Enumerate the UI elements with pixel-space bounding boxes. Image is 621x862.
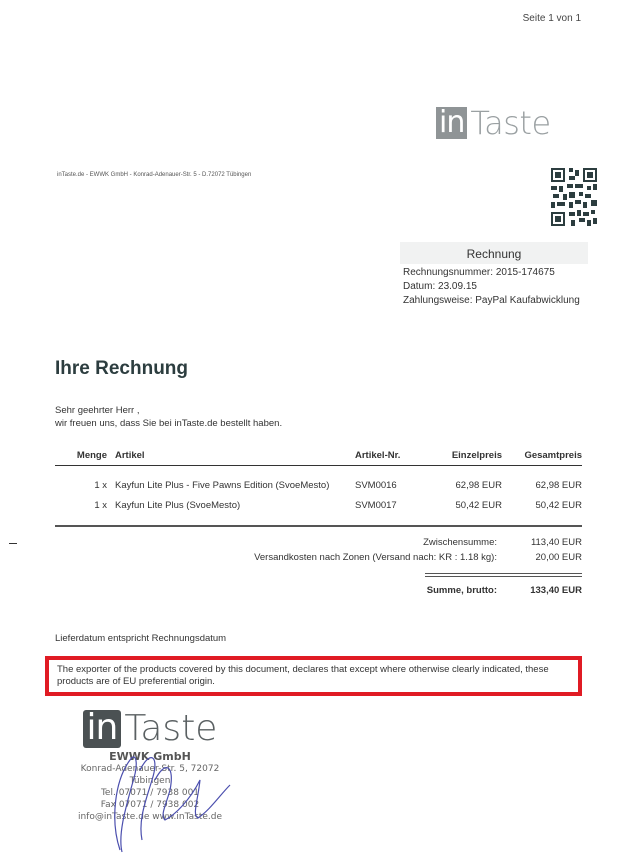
payment-method: Zahlungsweise: PayPal Kaufabwicklung [403, 294, 585, 308]
company-logo: in Taste [436, 107, 551, 139]
invoice-date: Datum: 23.09.15 [403, 280, 585, 294]
invoice-title: Rechnung [400, 242, 588, 264]
col-total-price: Gesamtpreis [502, 450, 582, 466]
row-total-price: 50,42 EUR [502, 494, 582, 514]
row-sku: SVM0017 [355, 494, 425, 514]
salutation: Sehr geehrter Herr , [55, 404, 282, 417]
logo-text: Taste [470, 107, 550, 139]
sum-value: 133,40 EUR [497, 583, 582, 598]
items-table: Menge Artikel Artikel-Nr. Einzelpreis Ge… [55, 450, 582, 514]
sum-row: Summe, brutto: 133,40 EUR [200, 583, 582, 598]
shipping-row: Versandkosten nach Zonen (Versand nach: … [200, 550, 582, 565]
row-item: Kayfun Lite Plus - Five Pawns Edition (S… [115, 466, 355, 495]
logo-box: in [436, 107, 467, 139]
table-bottom-rule [55, 525, 582, 527]
shipping-label: Versandkosten nach Zonen (Versand nach: … [254, 550, 497, 565]
row-qty: 1 x [55, 466, 115, 495]
table-row: 1 x Kayfun Lite Plus - Five Pawns Editio… [55, 466, 582, 495]
col-sku: Artikel-Nr. [355, 450, 425, 466]
greeting-message: wir freuen uns, dass Sie bei inTaste.de … [55, 417, 282, 430]
greeting: Sehr geehrter Herr , wir freuen uns, das… [55, 404, 282, 430]
subtotal-value: 113,40 EUR [497, 535, 582, 550]
origin-notice: The exporter of the products covered by … [45, 656, 582, 696]
row-qty: 1 x [55, 494, 115, 514]
subtotal-row: Zwischensumme: 113,40 EUR [200, 535, 582, 550]
row-unit-price: 50,42 EUR [425, 494, 502, 514]
sum-label: Summe, brutto: [427, 583, 497, 598]
col-item: Artikel [115, 450, 355, 466]
totals-block: Zwischensumme: 113,40 EUR Versandkosten … [200, 535, 582, 598]
shipping-value: 20,00 EUR [497, 550, 582, 565]
table-header-row: Menge Artikel Artikel-Nr. Einzelpreis Ge… [55, 450, 582, 466]
margin-mark [9, 543, 17, 544]
page-title: Ihre Rechnung [55, 358, 188, 380]
row-total-price: 62,98 EUR [502, 466, 582, 495]
page-indicator: Seite 1 von 1 [523, 13, 581, 24]
row-unit-price: 62,98 EUR [425, 466, 502, 495]
qr-code-icon [551, 168, 597, 226]
signature-icon [80, 740, 240, 860]
sender-address-line: inTaste.de - EWWK GmbH - Konrad-Adenauer… [57, 172, 251, 178]
table-row: 1 x Kayfun Lite Plus (SvoeMesto) SVM0017… [55, 494, 582, 514]
total-double-rule [425, 573, 582, 577]
invoice-number: Rechnungsnummer: 2015-174675 [403, 266, 585, 280]
row-item: Kayfun Lite Plus (SvoeMesto) [115, 494, 355, 514]
col-qty: Menge [55, 450, 115, 466]
invoice-info-box: Rechnung Rechnungsnummer: 2015-174675 Da… [400, 242, 588, 310]
col-unit-price: Einzelpreis [425, 450, 502, 466]
delivery-note: Lieferdatum entspricht Rechnungsdatum [55, 633, 226, 644]
subtotal-label: Zwischensumme: [423, 535, 497, 550]
row-sku: SVM0016 [355, 466, 425, 495]
